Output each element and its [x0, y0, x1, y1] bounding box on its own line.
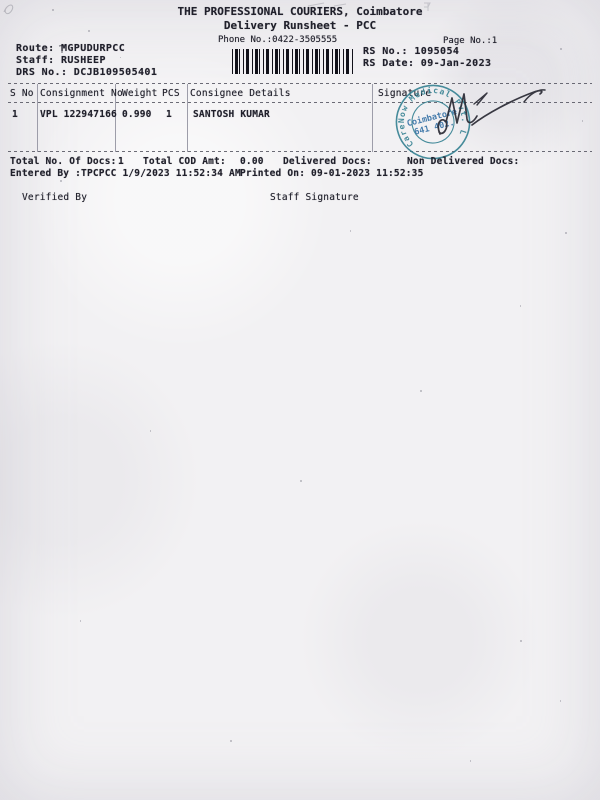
row-consignee: SANTOSH KUMAR — [193, 110, 270, 120]
table-bottom-rule — [8, 151, 592, 152]
row-sno: 1 — [12, 110, 18, 120]
document-subtitle: Delivery Runsheet - PCC — [224, 20, 376, 31]
document-title: THE PROFESSIONAL COURIERS, Coimbatore — [177, 6, 422, 17]
total-docs-value: 1 — [118, 157, 124, 167]
scanned-runsheet-document: THE PROFESSIONAL COURIERS, Coimbatore De… — [0, 0, 600, 800]
column-divider — [187, 84, 188, 152]
column-divider — [372, 84, 373, 152]
paper-speck — [420, 390, 422, 392]
paper-speck — [350, 230, 351, 232]
printed-on-line: Printed On: 09-01-2023 11:52:35 — [240, 169, 424, 179]
paper-speck — [560, 700, 561, 702]
column-divider — [37, 84, 38, 152]
col-header-consignment: Consignment No — [40, 89, 123, 99]
paper-speck — [520, 305, 521, 307]
paper-speck — [150, 430, 151, 432]
cod-amount-value: 0.00 — [240, 157, 264, 167]
col-header-consignee: Consignee Details — [190, 89, 291, 99]
paper-speck — [582, 120, 583, 122]
non-delivered-docs-label: Non Delivered Docs: — [407, 157, 519, 167]
paper-speck — [520, 640, 522, 642]
staff-signature-label: Staff Signature — [270, 193, 359, 203]
paper-speck — [60, 180, 62, 182]
delivered-docs-label: Delivered Docs: — [283, 157, 372, 167]
paper-speck — [565, 232, 567, 234]
row-consignment: VPL 122947166 — [40, 110, 117, 120]
row-weight: 0.990 — [122, 110, 152, 120]
rs-no-field: RS No.: 1095054 — [363, 47, 459, 57]
col-header-weight: Weight — [122, 89, 158, 99]
col-header-sno: S No — [10, 89, 34, 99]
staff-field: Staff: RUSHEEP — [16, 56, 106, 66]
row-pcs: 1 — [166, 110, 172, 120]
page-number: Page No.:1 — [443, 37, 497, 46]
paper-speck — [230, 740, 232, 742]
paper-speck — [300, 480, 302, 482]
entered-by-line: Entered By :TPCPCC 1/9/2023 11:52:34 AM — [10, 169, 241, 179]
handwritten-signature — [428, 78, 553, 148]
paper-speck — [80, 620, 81, 622]
verified-by-label: Verified By — [22, 193, 87, 203]
total-docs-label: Total No. Of Docs: — [10, 157, 117, 167]
paper-speck — [470, 760, 471, 762]
drs-no-field: DRS No.: DCJB109505401 — [16, 68, 157, 78]
route-field: Route: MGPUDURPCC — [16, 44, 125, 54]
barcode — [232, 49, 355, 74]
phone-number: Phone No.:0422-3505555 — [218, 36, 337, 45]
cod-amount-label: Total COD Amt: — [143, 157, 226, 167]
col-header-pcs: PCS — [162, 89, 180, 99]
